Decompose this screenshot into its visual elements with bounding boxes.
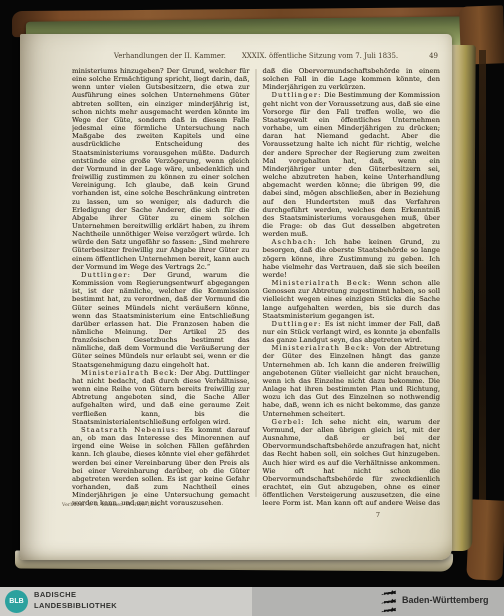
paragraph: Duttlinger: Der Grund, warum die Kommiss… [72,271,250,369]
paragraph: Duttlinger: Die Bestimmung der Kommissio… [263,91,441,238]
paragraph: Duttlinger: Es ist nicht immer der Fall,… [263,320,441,344]
speaker-name: Duttlinger: [272,91,322,99]
header-left: Verhandlungen der II. Kammer. [114,52,226,60]
speaker-name: Duttlinger: [272,320,322,328]
speaker-name: Duttlinger: [81,271,131,279]
three-lions-icon [381,589,397,614]
speaker-name: Gerbel: [272,418,305,426]
paragraph: Ministerialrath Beck: Wenn schon alle Ge… [263,279,441,320]
paragraph: Gerbel: Ich sehe nicht ein, warum der Vo… [263,418,441,505]
page-number: 49 [429,52,438,60]
sheet-signature: 7 [368,511,388,519]
library-name-line2: LANDESBIBLIOTHEK [34,601,117,612]
header-right: XXXIX. öffentliche Sitzung vom 7. Juli 1… [242,52,398,60]
library-name: BADISCHE LANDESBIBLIOTHEK [34,590,117,611]
library-name-line1: BADISCHE [34,590,117,601]
speaker-name: Ministerialrath Beck: [272,344,370,352]
paragraph: Aschbach: Ich habe keinen Grund, zu beso… [263,238,441,279]
column-divider [256,69,257,497]
speaker-name: Ministerialrath Beck: [81,369,178,377]
speaker-name: Aschbach: [272,238,317,246]
viewer-stage: Verhandlungen der II. Kammer. XXXIX. öff… [0,0,504,616]
right-column: daß die Obervormundschaftsbehörde in ein… [263,67,441,505]
paragraph: Ministerialrath Beck: Der Abg. Duttlinge… [72,369,250,426]
scanned-page: Verhandlungen der II. Kammer. XXXIX. öff… [20,34,452,560]
left-column: ministeriums hinzugeben? Der Grund, welc… [72,67,250,505]
speaker-name: Ministerialrath Beck: [272,279,372,287]
volume-signature: Verhandl. d. II. Kammer. VI Heft. 1835. [62,503,161,508]
state-name: Baden-Württemberg [402,595,489,605]
page-text-area: Verhandlungen der II. Kammer. XXXIX. öff… [72,52,440,505]
running-header: Verhandlungen der II. Kammer. XXXIX. öff… [72,52,440,60]
paragraph: Staatsrath Nebenius: Es kommt darauf an,… [72,426,250,505]
blb-logo-icon: BLB [5,590,28,613]
book-leather-right-edge [479,50,486,550]
speaker-name: Staatsrath Nebenius: [81,426,179,434]
paragraph: Ministerialrath Beck: Von der Abtretung … [263,344,441,417]
text-columns: ministeriums hinzugeben? Der Grund, welc… [72,67,440,505]
paragraph: daß die Obervormundschaftsbehörde in ein… [263,67,441,91]
paragraph: ministeriums hinzugeben? Der Grund, welc… [72,67,250,271]
